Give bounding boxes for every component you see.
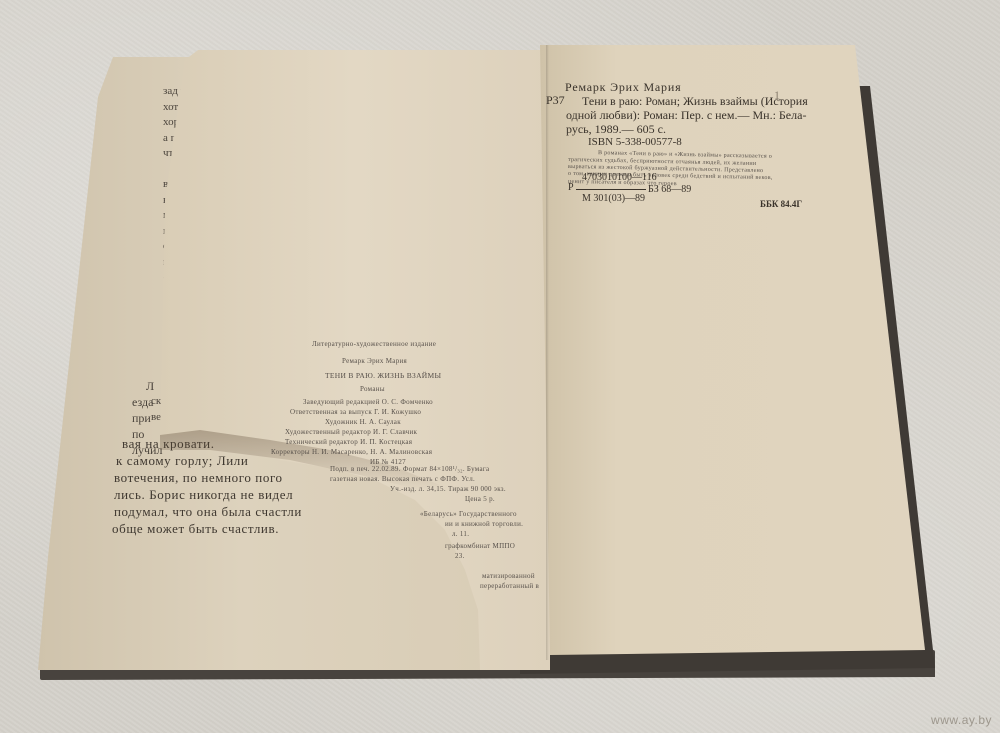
print-line: Цена 5 р.: [465, 495, 495, 503]
bbk-code: ББК 84.4Г: [760, 199, 802, 209]
imprint-title: ТЕНИ В РАЮ. ЖИЗНЬ ВЗАЙМЫ: [325, 371, 441, 380]
print-line: газетная новая. Высокая печать с ФПФ. Ус…: [330, 475, 475, 483]
body-line: обще может быть счастлив.: [112, 521, 279, 537]
book-spine-gutter: [546, 45, 549, 660]
biblio-line: одной любви): Роман: Пер. с нем.— Мн.: Б…: [566, 108, 806, 123]
code-numerator: 4703010100—116: [582, 172, 657, 183]
body-line: вотечения, по немного пого: [114, 470, 283, 486]
publisher-line: графкомбинат МППО: [445, 542, 515, 550]
pencil-mark: 1: [774, 88, 780, 103]
code-side: БЗ 68—89: [648, 184, 691, 195]
print-line: Уч.-изд. л. 34,15. Тираж 90 000 экз.: [390, 485, 506, 493]
biblio-line: русь, 1989.— 605 с.: [566, 122, 666, 137]
publisher-line: матизированной: [482, 572, 535, 580]
publisher-line: «Беларусь» Государственного: [420, 510, 517, 518]
code-prefix: Р: [568, 182, 574, 193]
imprint-genre: Романы: [360, 385, 385, 393]
left-line: при: [132, 410, 162, 426]
credit-line: Художник Н. А. Саулак: [325, 418, 401, 426]
publisher-line: ии и книжной торговли.: [445, 520, 523, 528]
body-line: к самому горлу; Лили: [116, 453, 248, 469]
credit-line: Художественный редактор И. Г. Славчик: [285, 428, 417, 436]
imprint-author: Ремарк Эрих Мария: [342, 357, 407, 365]
publisher-line: л. 11.: [452, 530, 469, 538]
publisher-line: 23.: [455, 552, 465, 560]
catalog-code: Р37: [546, 93, 565, 108]
watermark: www.ay.by: [931, 713, 992, 727]
credit-line: Технический редактор И. П. Костецкая: [285, 438, 412, 446]
credit-line: Корректоры Н. И. Масаренко, Н. А. Малино…: [271, 448, 432, 456]
left-line: езда: [132, 394, 162, 410]
left-line: Л: [132, 378, 162, 394]
imprint-header: Литературно-художественное издание: [312, 340, 436, 348]
credit-line: Ответственная за выпуск Г. И. Кожушко: [290, 408, 421, 416]
body-line: лись. Борис никогда не видел: [114, 487, 293, 503]
author-heading: Ремарк Эрих Мария: [565, 80, 681, 95]
publisher-line: переработанный в: [480, 582, 539, 590]
body-line: подумал, что она была счастли: [114, 504, 302, 520]
isbn: ISBN 5-338-00577-8: [588, 136, 682, 148]
code-denominator: М 301(03)—89: [582, 193, 645, 204]
credit-line: Заведующий редакцией О. С. Фомченко: [303, 398, 433, 406]
print-line: Подп. в печ. 22.02.89. Формат 84×108¹/₃₂…: [330, 465, 489, 473]
code-fraction-rule: [576, 189, 646, 190]
